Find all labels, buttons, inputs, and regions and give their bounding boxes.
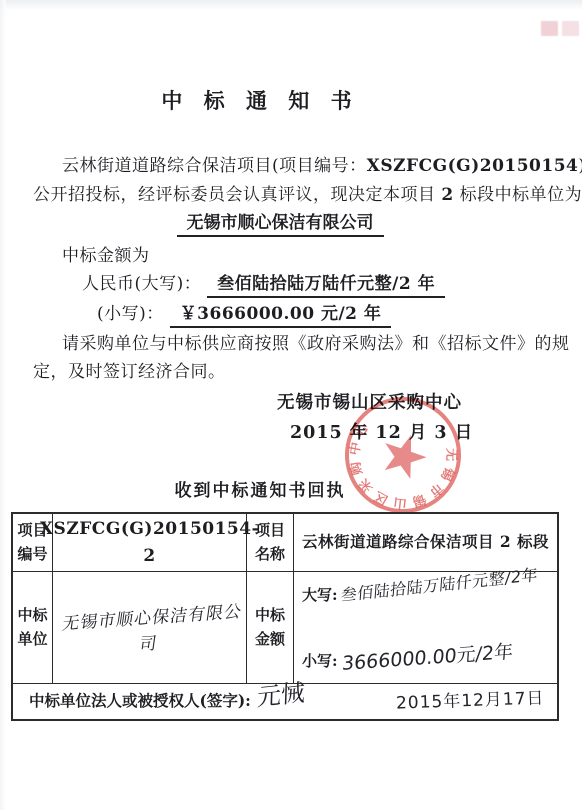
amount-handwritten-cell: 大写: 叁佰陆拾陆万陆仟元整/2年 小写: 3666000.00元/2年 bbox=[294, 572, 557, 684]
body-paragraph-line-1: 云林街道道路综合保洁项目(项目编号：XSZFCG(G)20150154)通过 bbox=[62, 151, 582, 176]
project-name-label-cell: 项目名称 bbox=[247, 514, 294, 572]
bid-section-number: 2 bbox=[441, 185, 453, 205]
scan-artifact-left bbox=[0, 0, 6, 810]
amount-capital-line: 人民币(大写)： 叁佰陆拾陆万陆仟元整/2 年 bbox=[82, 269, 445, 298]
amount-numeric-handwritten: 3666000.00元/2年 bbox=[341, 638, 514, 680]
page-title: 中 标 通 知 书 bbox=[0, 85, 520, 115]
scan-artifact-top bbox=[0, 0, 582, 10]
winner-company-name: 无锡市顺心保洁有限公司 bbox=[177, 208, 384, 237]
project-number-value: XSZFCG(G)20150154-2 bbox=[40, 516, 259, 569]
para1-pre-text: 云林街道道路综合保洁项目(项目编号： bbox=[62, 156, 367, 176]
project-number-value-cell: XSZFCG(G)20150154-2 bbox=[53, 514, 247, 572]
amount-numeric-value: ￥3666000.00 元/2 年 bbox=[170, 299, 392, 328]
body-paragraph-line-2: 公开招投标，经评标委员会认真评议，现决定本项目 2 标段中标单位为： bbox=[33, 180, 582, 205]
project-name-value: 云林街道道路综合保洁项目 2 标段 bbox=[302, 530, 549, 554]
receipt-table: 项目编号 XSZFCG(G)20150154-2 项目名称 云林街道道路综合保洁… bbox=[11, 512, 559, 721]
para2-pre-text: 公开招投标，经评标委员会认真评议，现决定本项目 bbox=[33, 185, 441, 205]
winner-handwritten: 无锡市顺心保洁有限公司 bbox=[51, 598, 249, 665]
closing-line-2: 定，及时签订经济合同。 bbox=[33, 357, 226, 382]
numeric-prefix: 小写: bbox=[302, 650, 338, 673]
winner-label-cell: 中标单位 bbox=[13, 572, 53, 684]
amount-numeric-label: (小写)： bbox=[97, 304, 164, 324]
project-name-label: 项目名称 bbox=[253, 519, 287, 566]
para2-post-text: 标段中标单位为： bbox=[454, 185, 582, 205]
winner-label: 中标单位 bbox=[16, 604, 50, 651]
receipt-heading: 收到中标通知书回执 bbox=[0, 476, 520, 501]
amount-intro: 中标金额为 bbox=[62, 241, 150, 266]
amount-label: 中标金额 bbox=[253, 604, 287, 651]
signature-handwritten: 元悈 bbox=[256, 674, 305, 717]
amount-label-cell: 中标金额 bbox=[247, 572, 294, 684]
para1-post-text: )通过 bbox=[578, 156, 582, 176]
signatory-label: 中标单位法人或被授权人(签字): bbox=[29, 689, 251, 713]
amount-numeric-handwritten-line: 小写: 3666000.00元/2年 bbox=[302, 650, 512, 679]
amount-capital-value: 叁佰陆拾陆万陆仟元整/2 年 bbox=[207, 269, 445, 298]
amount-capital-handwritten-line: 大写: 叁佰陆拾陆万陆仟元整/2年 bbox=[302, 584, 538, 609]
amount-numeric-line: (小写)： ￥3666000.00 元/2 年 bbox=[97, 299, 391, 328]
receipt-date-handwritten: 2015年12月17日 bbox=[396, 686, 547, 718]
winner-handwritten-cell: 无锡市顺心保洁有限公司 bbox=[53, 572, 247, 684]
amount-capital-label: 人民币(大写)： bbox=[82, 274, 201, 294]
winner-company-line: 无锡市顺心保洁有限公司 bbox=[0, 208, 560, 237]
capital-prefix: 大写: bbox=[302, 584, 338, 607]
corner-stamp bbox=[541, 21, 579, 36]
project-name-value-cell: 云林街道道路综合保洁项目 2 标段 bbox=[294, 514, 557, 572]
signatory-row: 中标单位法人或被授权人(签字): 元悈 2015年12月17日 bbox=[13, 684, 557, 719]
closing-line-1: 请采购单位与中标供应商按照《政府采购法》和《招标文件》的规 bbox=[62, 329, 570, 354]
scanned-award-notice-page: 中 标 通 知 书 云林街道道路综合保洁项目(项目编号：XSZFCG(G)201… bbox=[0, 0, 582, 810]
project-code: XSZFCG(G)20150154 bbox=[367, 156, 579, 176]
